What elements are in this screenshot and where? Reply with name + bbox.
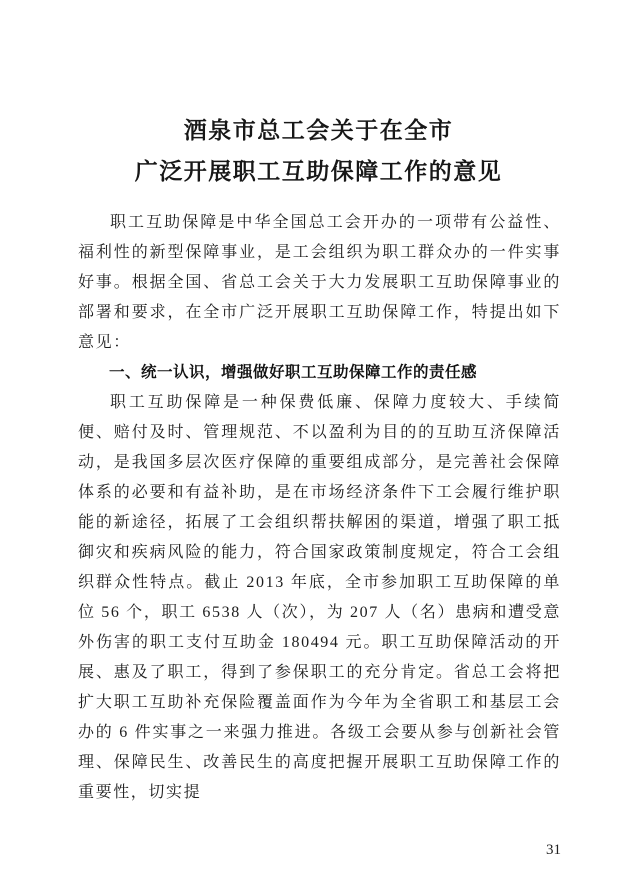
- title-line-2: 广泛开展职工互助保障工作的意见: [0, 151, 637, 192]
- document-body: 职工互助保障是中华全国总工会开办的一项带有公益性、福利性的新型保障事业，是工会组…: [78, 208, 561, 808]
- document-page: 酒泉市总工会关于在全市 广泛开展职工互助保障工作的意见 职工互助保障是中华全国总…: [0, 0, 637, 893]
- section-1-heading: 一、统一认识，增强做好职工互助保障工作的责任感: [78, 358, 561, 388]
- page-number: 31: [546, 842, 561, 859]
- document-title: 酒泉市总工会关于在全市 广泛开展职工互助保障工作的意见: [0, 110, 637, 192]
- intro-paragraph: 职工互助保障是中华全国总工会开办的一项带有公益性、福利性的新型保障事业，是工会组…: [78, 208, 561, 358]
- section-1-paragraph: 职工互助保障是一种保费低廉、保障力度较大、手续简便、赔付及时、管理规范、不以盈利…: [78, 388, 561, 808]
- title-line-1: 酒泉市总工会关于在全市: [0, 110, 637, 151]
